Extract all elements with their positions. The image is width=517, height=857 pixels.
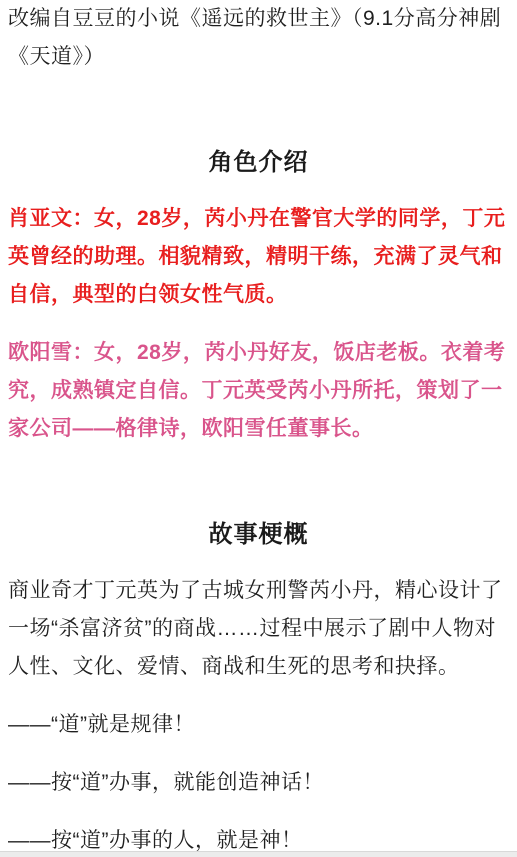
quote-line-1: ——“道”就是规律！	[8, 706, 509, 744]
article-page: 改编自豆豆的小说《遥远的救世主》（9.1分高分神剧《天道》） 角色介绍 肖亚文：…	[0, 0, 517, 857]
synopsis-paragraph: 商业奇才丁元英为了古城女刑警芮小丹，精心设计了一场“杀富济贫”的商战……过程中展…	[8, 572, 509, 686]
character-paragraph-ouyang-xue: 欧阳雪：女，28岁，芮小丹好友，饭店老板。衣着考究，成熟镇定自信。丁元英受芮小丹…	[8, 334, 509, 448]
character-paragraph-xiao-yawen: 肖亚文：女，28岁，芮小丹在警官大学的同学，丁元英曾经的助理。相貌精致，精明干练…	[8, 200, 509, 314]
article-content: 改编自豆豆的小说《遥远的救世主》（9.1分高分神剧《天道》） 角色介绍 肖亚文：…	[0, 0, 517, 857]
quote-line-2: ——按“道”办事，就能创造神话！	[8, 764, 509, 802]
bottom-divider	[0, 851, 517, 857]
section-heading-characters: 角色介绍	[8, 146, 509, 180]
intro-paragraph: 改编自豆豆的小说《遥远的救世主》（9.1分高分神剧《天道》）	[8, 0, 509, 76]
section-heading-synopsis: 故事梗概	[8, 518, 509, 552]
